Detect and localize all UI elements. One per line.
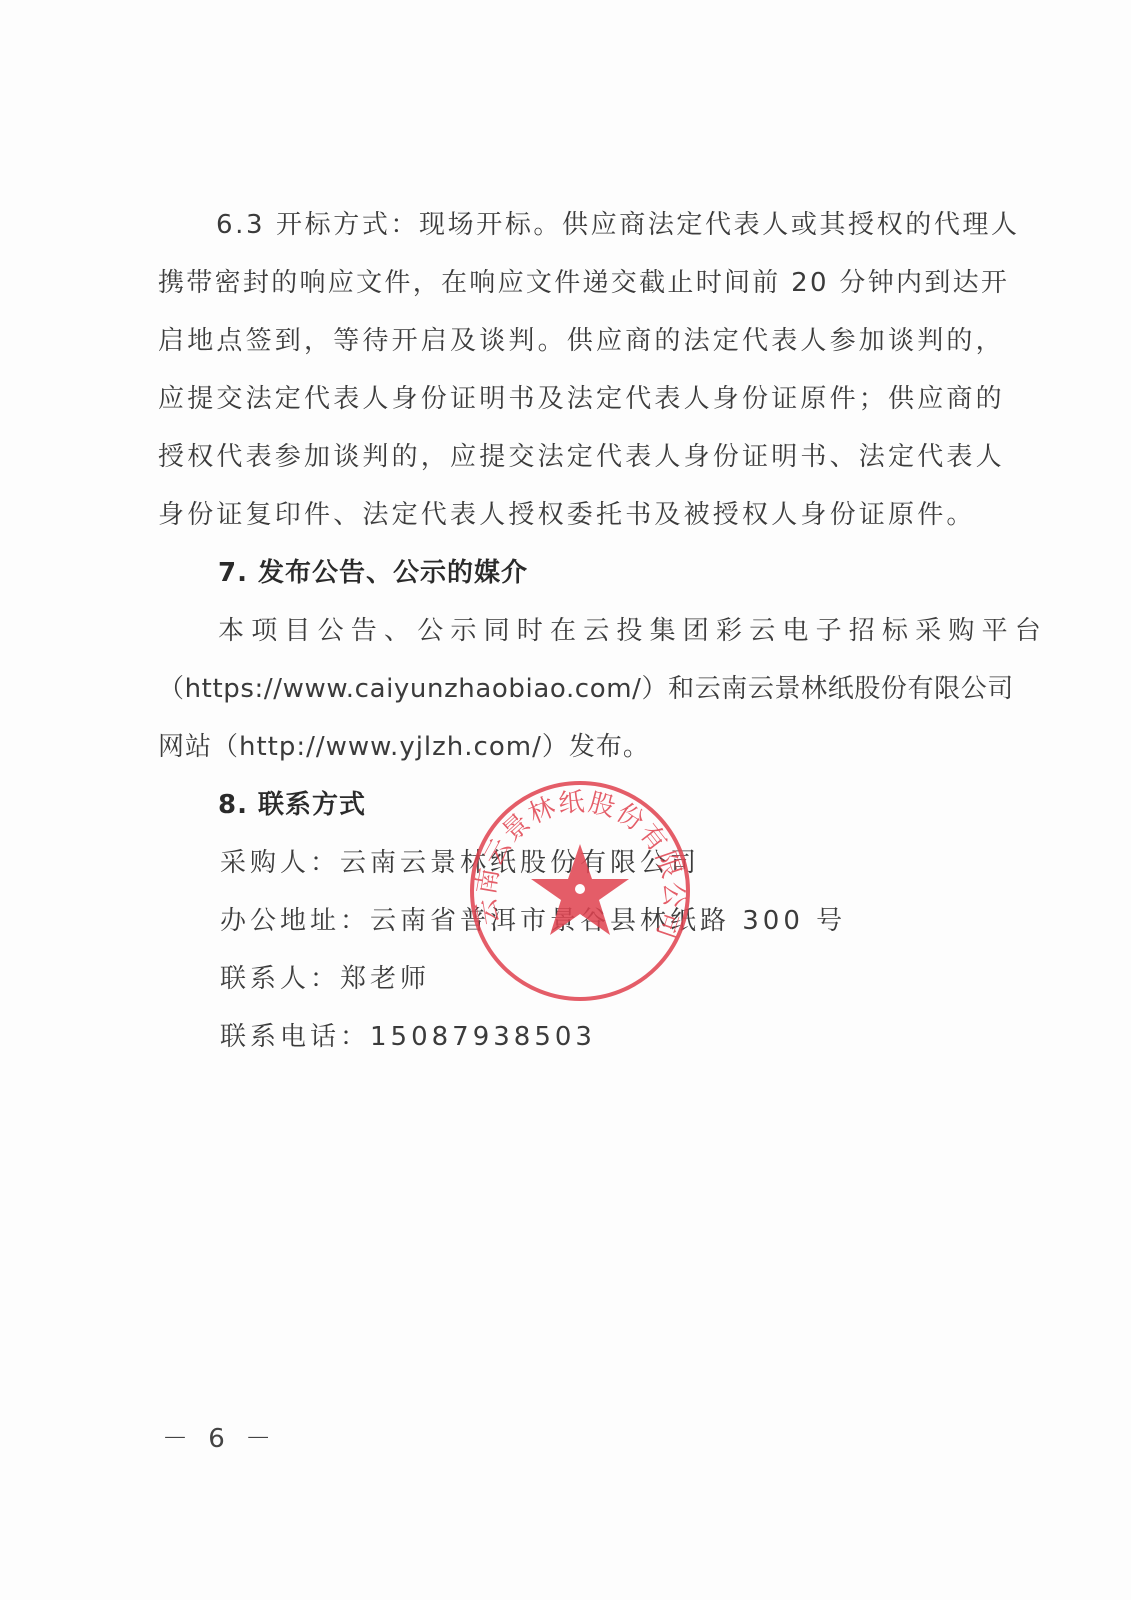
section-7-line-2: （https://www.caiyunzhaobiao.com/）和云南云景林纸…: [158, 668, 1014, 705]
section-7-line-1: 本项目公告、公示同时在云投集团彩云电子招标采购平台: [218, 610, 1048, 647]
section-6-3-line-4: 应提交法定代表人身份证明书及法定代表人身份证原件；供应商的: [158, 378, 1005, 415]
page-number: － 6 －: [162, 1418, 277, 1455]
section-6-3-line-5: 授权代表参加谈判的，应提交法定代表人身份证明书、法定代表人: [158, 436, 1005, 473]
phone-line: 联系电话：15087938503: [220, 1016, 596, 1053]
section-6-3-line-2: 携带密封的响应文件，在响应文件递交截止时间前 20 分钟内到达开: [158, 262, 1009, 299]
section-7-line-3: 网站（http://www.yjlzh.com/）发布。: [158, 726, 650, 763]
section-6-3-line-1: 6.3 开标方式：现场开标。供应商法定代表人或其授权的代理人: [216, 204, 1020, 241]
section-8-heading: 8. 联系方式: [218, 784, 366, 821]
contact-person-line: 联系人：郑老师: [220, 958, 430, 995]
section-7-heading: 7. 发布公告、公示的媒介: [218, 552, 528, 589]
address-line: 办公地址：云南省普洱市景谷县林纸路 300 号: [220, 900, 846, 937]
section-6-3-line-3: 启地点签到，等待开启及谈判。供应商的法定代表人参加谈判的，: [158, 320, 1005, 357]
section-6-3-line-6: 身份证复印件、法定代表人授权委托书及被授权人身份证原件。: [158, 494, 976, 531]
official-seal-stamp: 云南云景林纸股份有限公司: [465, 776, 695, 1006]
document-page: 6.3 开标方式：现场开标。供应商法定代表人或其授权的代理人 携带密封的响应文件…: [0, 0, 1131, 1600]
purchaser-line: 采购人：云南云景林纸股份有限公司: [220, 842, 700, 879]
